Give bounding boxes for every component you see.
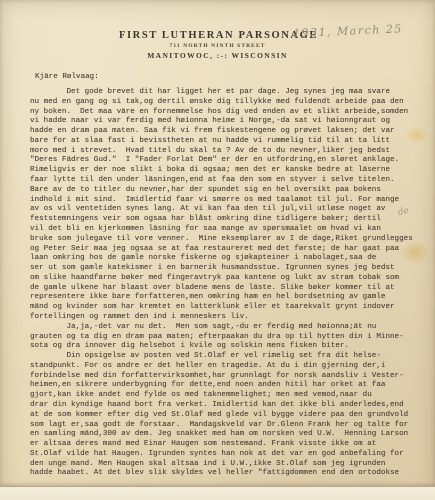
- paper-bottom-edge: [0, 486, 435, 500]
- letter-body-text: Det gode brevet dit har ligget her et pa…: [30, 88, 413, 479]
- letterhead-city-state: MANITOWOC, :-: WISCONSIN: [0, 51, 435, 60]
- letterhead-address: 711 NORTH NINTH STREET: [0, 43, 435, 49]
- scanned-letter-page: FIRST LUTHERAN PARSONAGE 711 NORTH NINTH…: [0, 0, 435, 500]
- salutation-line: Kjäre Rølvaag:: [35, 73, 99, 81]
